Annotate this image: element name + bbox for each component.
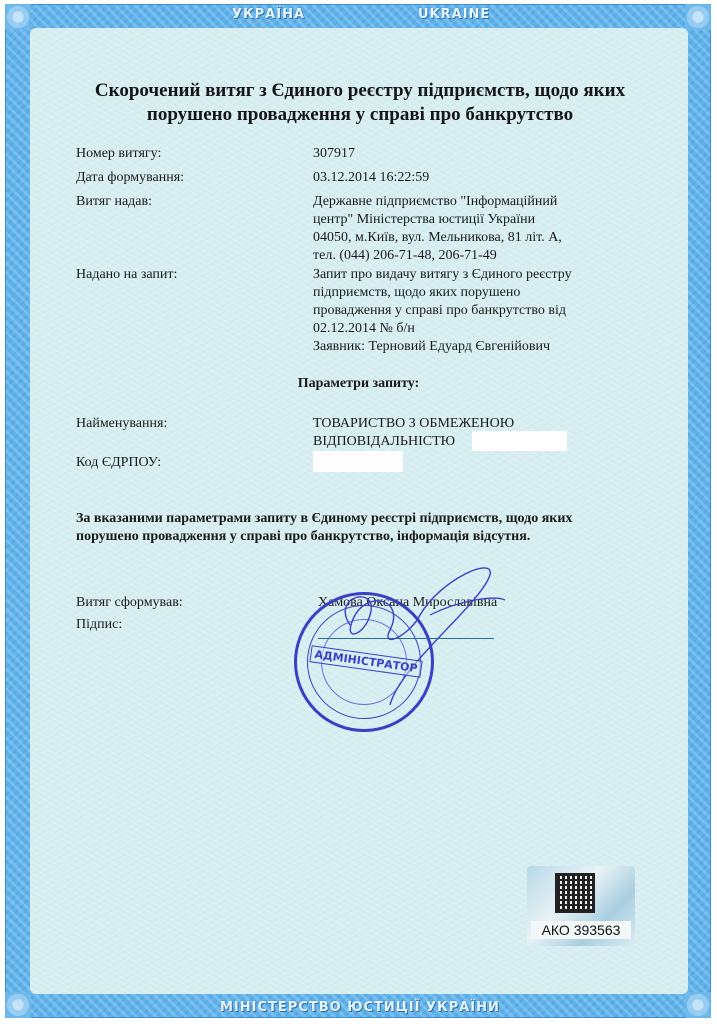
form-serial-number: АКО 393563	[531, 921, 631, 939]
border-ornament-icon	[685, 4, 711, 30]
issued-by-value: Державне підприємство "Інформаційний цен…	[313, 193, 603, 265]
request-line: Заявник: Терновий Едуард Євгенійович	[313, 338, 603, 356]
edrpou-label: Код ЄДРПОУ:	[76, 454, 161, 472]
issued-by-line: тел. (044) 206-71-48, 206-71-49	[313, 247, 603, 265]
company-name-label: Найменування:	[76, 415, 167, 433]
border-ornament-icon	[685, 992, 711, 1018]
issued-by-line: центр" Міністерства юстиції України	[313, 211, 603, 229]
result-statement: За вказаними параметрами запиту в Єдином…	[76, 510, 616, 546]
request-line: 02.12.2014 № б/н	[313, 320, 603, 338]
result-line-2: порушено провадження у справі про банкру…	[76, 528, 616, 546]
redacted-edrpou-code	[313, 451, 403, 472]
extract-number-label: Номер витягу:	[76, 145, 161, 163]
border-title-ministry: МІНІСТЕРСТВО ЮСТИЦІЇ УКРАЇНИ	[220, 1000, 500, 1015]
handwritten-signature-icon	[310, 555, 510, 715]
formation-date-value: 03.12.2014 16:22:59	[313, 169, 603, 187]
formation-date-label: Дата формування:	[76, 169, 184, 187]
document-title: Скорочений витяг з Єдиного реєстру підпр…	[40, 79, 680, 127]
request-line: Запит про видачу витягу з Єдиного реєстр…	[313, 266, 603, 284]
title-line-2: порушено провадження у справі про банкру…	[40, 103, 680, 127]
request-value: Запит про видачу витягу з Єдиного реєстр…	[313, 266, 603, 356]
request-label: Надано на запит:	[76, 266, 177, 284]
title-line-1: Скорочений витяг з Єдиного реєстру підпр…	[40, 79, 680, 103]
issued-by-label: Витяг надав:	[76, 193, 152, 211]
request-line: провадження у справі про банкрутство від	[313, 302, 603, 320]
signature-label: Підпис:	[76, 616, 122, 634]
border-title-ukraine-en: UKRAINE	[418, 7, 490, 22]
parameters-heading: Параметри запиту:	[0, 376, 717, 392]
border-ornament-icon	[5, 4, 31, 30]
issued-by-line: 04050, м.Київ, вул. Мельникова, 81 літ. …	[313, 229, 603, 247]
result-line-1: За вказаними параметрами запиту в Єдином…	[76, 510, 616, 528]
formed-by-label: Витяг сформував:	[76, 594, 183, 612]
issued-by-line: Державне підприємство "Інформаційний	[313, 193, 603, 211]
border-title-ukraine-ua: УКРАЇНА	[232, 7, 305, 22]
redacted-company-name	[472, 431, 567, 451]
qr-code-icon	[557, 875, 593, 911]
border-ornament-icon	[5, 992, 31, 1018]
extract-number-value: 307917	[313, 145, 603, 163]
request-line: підприємств, щодо яких порушено	[313, 284, 603, 302]
